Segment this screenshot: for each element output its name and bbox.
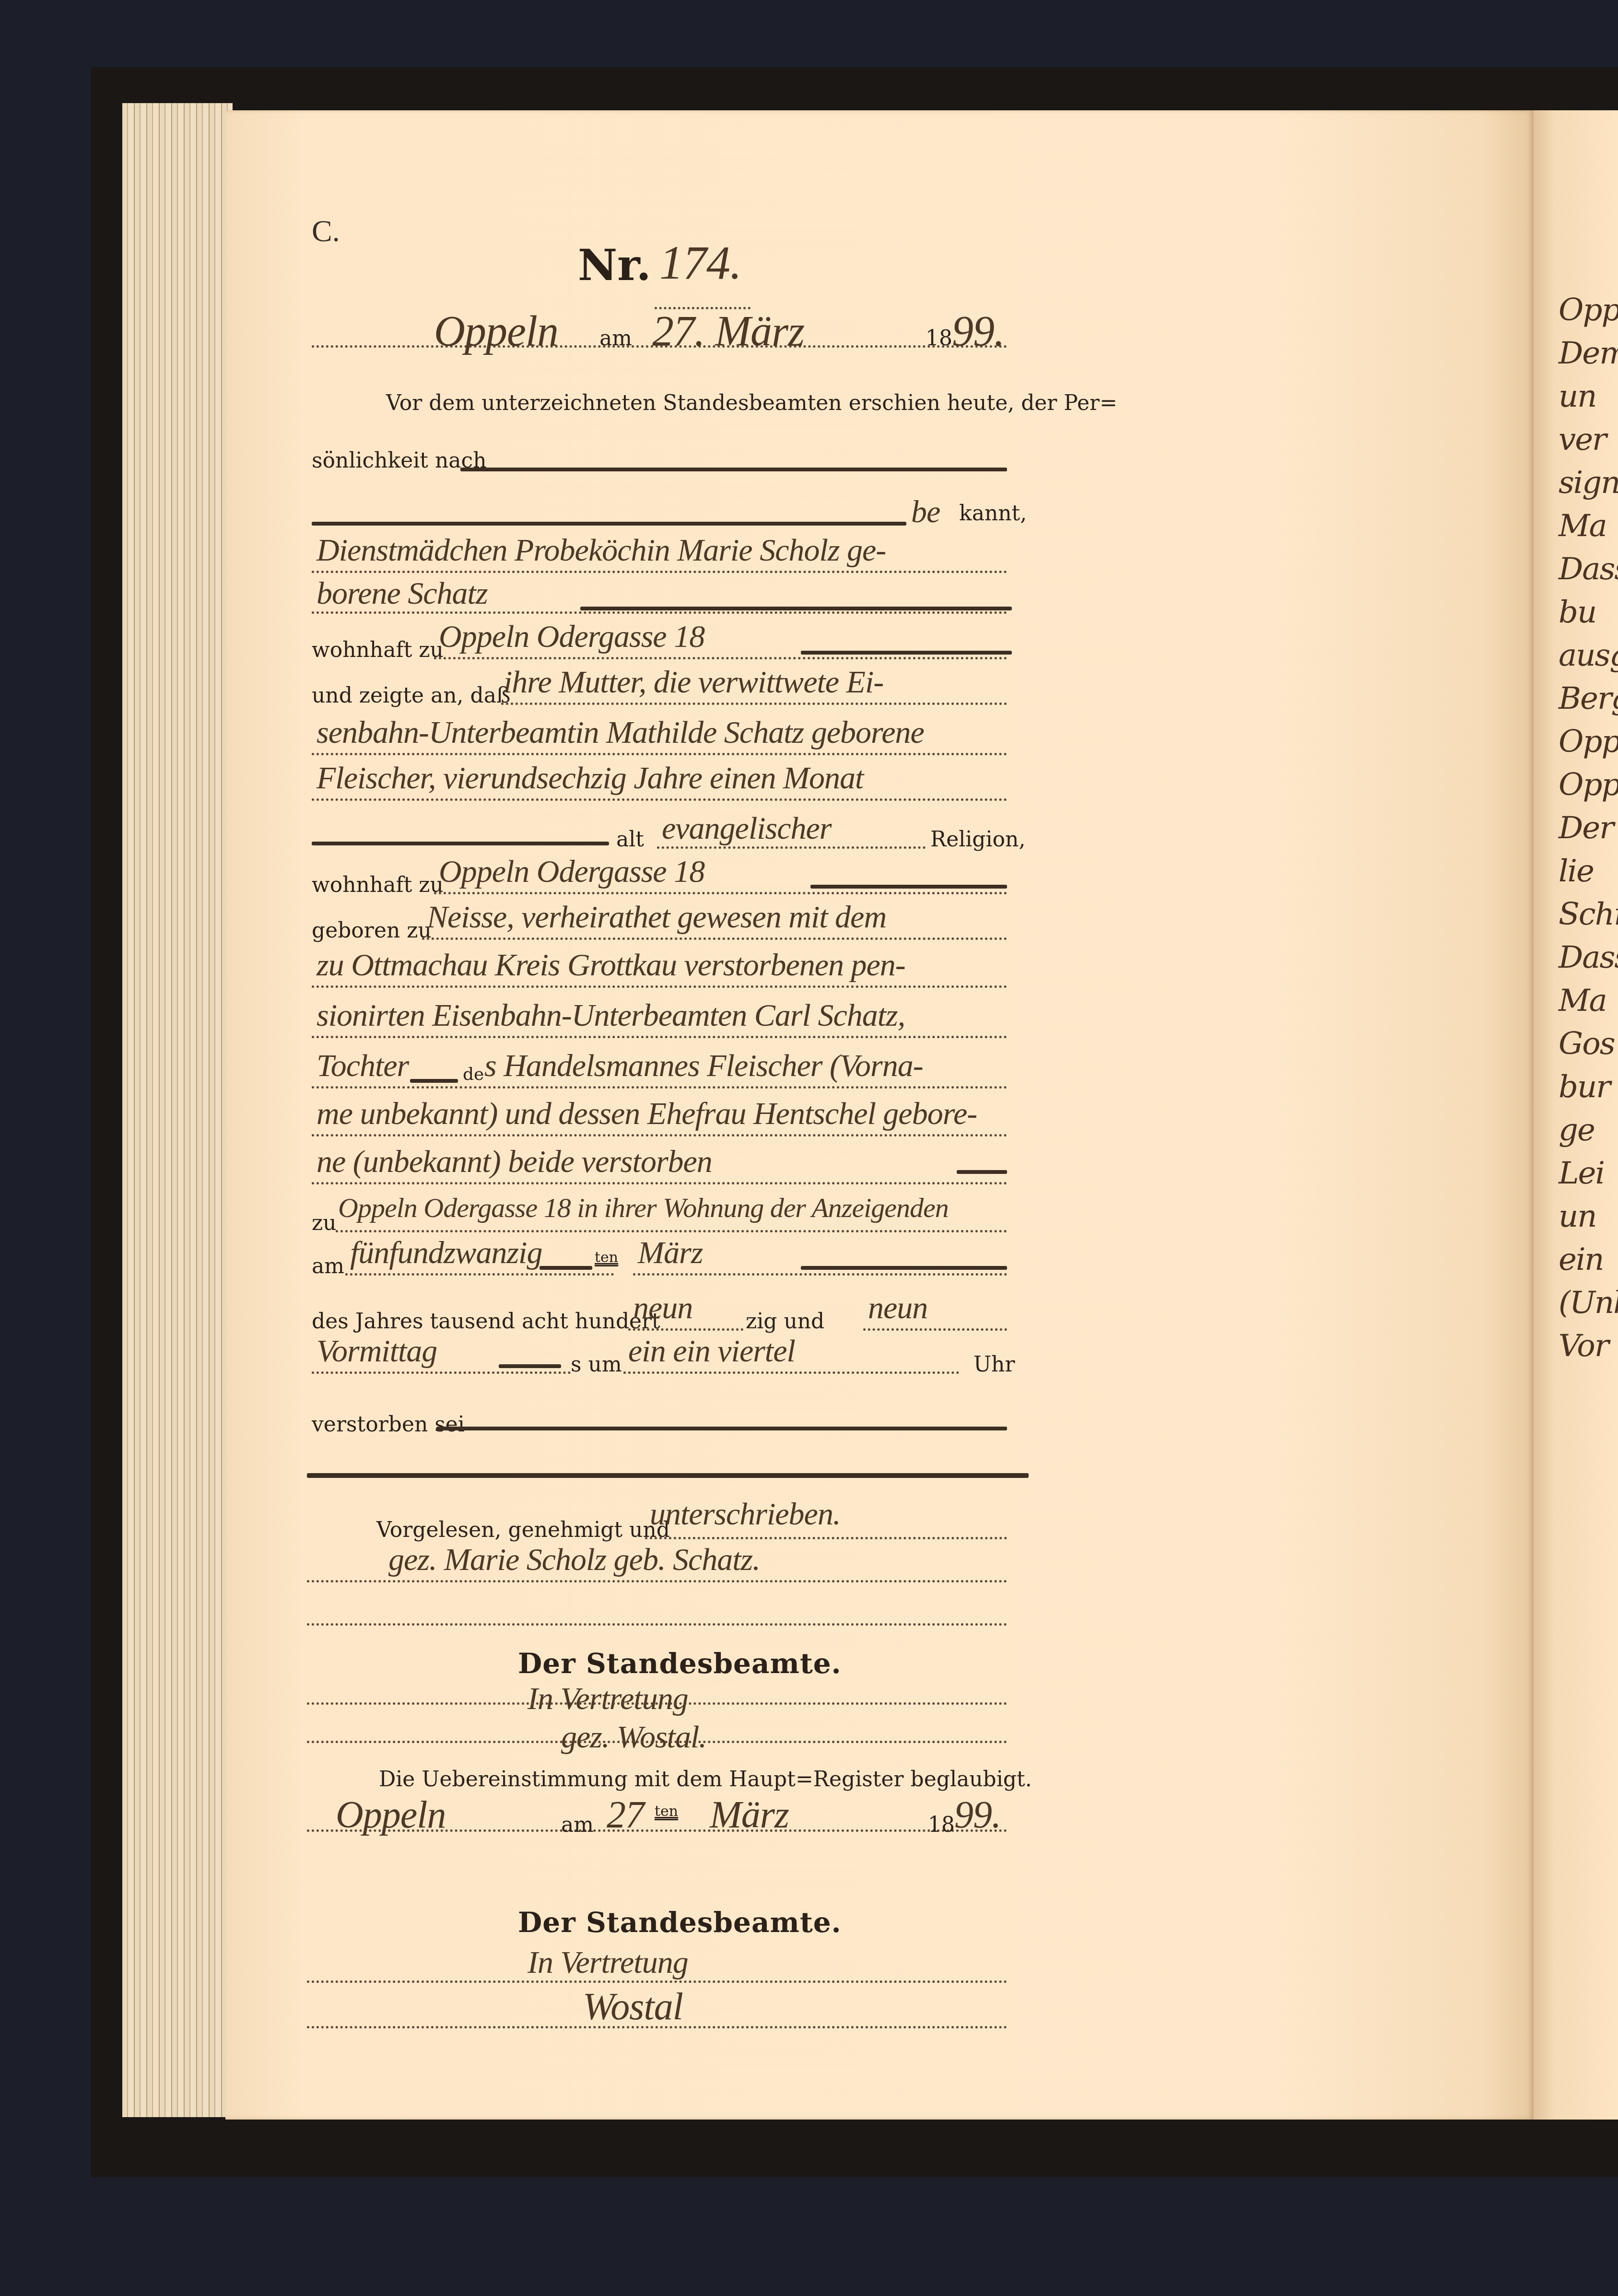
facing-line: Oppe bbox=[1559, 767, 1618, 803]
facing-line: lie bbox=[1559, 854, 1594, 889]
blank-rule bbox=[957, 1170, 1007, 1174]
facing-line: Schn bbox=[1559, 897, 1618, 932]
entry-line bbox=[307, 1623, 1007, 1626]
entry-line bbox=[312, 1036, 1007, 1038]
death-place-label: zu bbox=[312, 1211, 337, 1235]
intro-line-1: Vor dem unterzeichneten Standesbeamten e… bbox=[386, 391, 1117, 415]
cert-year-prefix: 18 bbox=[928, 1813, 955, 1837]
facing-line: un bbox=[1559, 379, 1596, 414]
death-day-label: am bbox=[312, 1254, 344, 1278]
facing-line: bur bbox=[1559, 1069, 1610, 1105]
entry-line bbox=[312, 1086, 1007, 1089]
year-units: neun bbox=[868, 1290, 927, 1326]
time-of-day: Vormittag bbox=[317, 1333, 437, 1370]
blank-rule bbox=[410, 1079, 458, 1083]
death-day-suffix: ten bbox=[595, 1249, 618, 1266]
informant-residence: Oppeln Odergasse 18 bbox=[439, 619, 704, 655]
facing-line: Gos bbox=[1559, 1026, 1615, 1062]
certification-text: Die Uebereinstimmung mit dem Haupt=Regis… bbox=[379, 1767, 1032, 1792]
registrar2-sig-line-1: In Vertretung bbox=[528, 1945, 688, 1981]
entry-line bbox=[307, 1741, 1007, 1743]
blank-rule bbox=[436, 1427, 1007, 1430]
entry-line bbox=[312, 753, 1007, 755]
entry-line bbox=[336, 1230, 1007, 1232]
birth-line-2: zu Ottmachau Kreis Grottkau verstorbenen… bbox=[317, 947, 905, 984]
blank-rule bbox=[580, 607, 1012, 610]
residence-label: wohnhaft zu bbox=[312, 638, 444, 662]
year-suffix: 99. bbox=[952, 307, 1005, 356]
place: Oppeln bbox=[434, 307, 558, 356]
deceased-line-2: senbahn-Unterbeamtin Mathilde Schatz geb… bbox=[317, 715, 924, 751]
entry-line bbox=[633, 1273, 1007, 1276]
entry-line bbox=[312, 985, 1007, 988]
entry-line bbox=[307, 1980, 1007, 1983]
facing-line: Oppe bbox=[1559, 724, 1618, 760]
entry-line bbox=[434, 657, 1007, 659]
entry-line bbox=[863, 1328, 1007, 1331]
facing-line: Berg bbox=[1559, 681, 1618, 716]
entry-line bbox=[345, 1273, 614, 1276]
facing-line: Dass bbox=[1559, 551, 1618, 587]
registrar-title: Der Standesbeamte. bbox=[518, 1647, 842, 1680]
religion: evangelischer bbox=[662, 810, 832, 847]
facing-line: Opp bbox=[1559, 293, 1618, 328]
informant-line-1: Dienstmädchen Probeköchin Marie Scholz g… bbox=[317, 532, 886, 569]
entry-line bbox=[434, 892, 1007, 894]
blank-rule bbox=[810, 885, 1007, 889]
facing-line: Der bbox=[1559, 810, 1613, 846]
deceased-residence: Oppeln Odergasse 18 bbox=[439, 854, 704, 890]
time: ein ein viertel bbox=[628, 1333, 795, 1370]
parents-line-2: me unbekannt) und dessen Ehefrau Hentsch… bbox=[317, 1096, 977, 1132]
parents-hand-b: s Handelsmannes Fleischer (Vorna- bbox=[484, 1048, 923, 1084]
entry-line bbox=[422, 937, 1007, 940]
age-label: alt bbox=[616, 827, 644, 852]
death-month: März bbox=[638, 1235, 703, 1271]
entry-line bbox=[307, 1580, 1007, 1582]
entry-number-label: Nr. bbox=[578, 240, 651, 291]
entry-line bbox=[312, 1182, 1007, 1184]
informant-signature: gez. Marie Scholz geb. Schatz. bbox=[388, 1542, 760, 1578]
facing-line: Ma bbox=[1559, 508, 1606, 544]
facing-line: Vor bbox=[1559, 1328, 1608, 1364]
cert-place: Oppeln bbox=[336, 1793, 446, 1837]
facing-line: Dem bbox=[1559, 336, 1618, 371]
year-tens: neun bbox=[633, 1290, 692, 1326]
announce-label: und zeigte an, daß bbox=[312, 683, 510, 708]
entry-line bbox=[628, 1328, 743, 1331]
registrar-title-2: Der Standesbeamte. bbox=[518, 1906, 842, 1939]
birth-line-1: Neisse, verheirathet gewesen mit dem bbox=[427, 899, 886, 936]
blank-rule bbox=[801, 1266, 1007, 1270]
section-letter: C. bbox=[312, 213, 340, 249]
known-hand: be bbox=[911, 494, 940, 530]
year-prefix: 18 bbox=[926, 326, 952, 351]
read-approved-label: Vorgelesen, genehmigt und bbox=[376, 1518, 670, 1542]
facing-line: Dasse bbox=[1559, 940, 1618, 975]
closing-rule bbox=[307, 1473, 1029, 1478]
facing-line: ein bbox=[1559, 1242, 1604, 1277]
parents-print: de bbox=[463, 1065, 484, 1084]
entry-line bbox=[645, 1537, 1007, 1539]
deceased-line-3: Fleischer, vierundsechzig Jahre einen Mo… bbox=[317, 760, 863, 797]
cert-day-suffix: ten bbox=[655, 1803, 678, 1820]
facing-line: (Unb bbox=[1559, 1285, 1618, 1321]
entry-line bbox=[307, 2026, 1007, 2028]
facing-line: ausg bbox=[1559, 638, 1618, 673]
facing-line: Lei bbox=[1559, 1156, 1604, 1191]
death-day: fünfundzwanzig bbox=[350, 1235, 542, 1271]
time-suffix: s um bbox=[571, 1352, 622, 1377]
entry-line bbox=[312, 571, 1007, 573]
deceased-residence-label: wohnhaft zu bbox=[312, 873, 444, 897]
blank-rule bbox=[539, 1266, 592, 1270]
facing-line: ver bbox=[1559, 422, 1606, 457]
deceased-label: verstorben sei bbox=[312, 1412, 465, 1437]
cert-year-suffix: 99. bbox=[954, 1793, 1001, 1837]
cert-date-label: am bbox=[561, 1813, 594, 1837]
entry-line bbox=[312, 1371, 571, 1374]
blank-rule bbox=[312, 842, 609, 845]
page-edges bbox=[122, 103, 233, 2117]
known-print: kannt, bbox=[959, 501, 1027, 526]
informant-line-2: borene Schatz bbox=[317, 575, 488, 612]
read-approved-hand: unterschrieben. bbox=[650, 1496, 840, 1533]
blank-rule bbox=[460, 468, 1007, 471]
registrar-sig-line-2: gez. Wostal. bbox=[561, 1719, 706, 1756]
blank-rule bbox=[801, 651, 1012, 655]
entry-number: 174. bbox=[659, 235, 741, 290]
entry-line bbox=[307, 1702, 1007, 1705]
entry-line bbox=[501, 703, 1007, 705]
facing-page: Opp Dem un ver sign Ma Dass bu ausg Berg… bbox=[1534, 110, 1618, 2120]
deceased-line-1: ihre Mutter, die verwittwete Ei- bbox=[504, 664, 883, 701]
date-label: am bbox=[599, 326, 632, 351]
cert-month: März bbox=[710, 1793, 789, 1837]
registrar2-sig-line-2: Wostal bbox=[583, 1985, 683, 2029]
entry-line bbox=[623, 1371, 959, 1374]
facing-line: un bbox=[1559, 1199, 1596, 1234]
parents-hand-a: Tochter bbox=[317, 1048, 409, 1084]
religion-label: Religion, bbox=[930, 827, 1025, 852]
entry-line bbox=[312, 1134, 1007, 1136]
registrar-sig-line-1: In Vertretung bbox=[528, 1681, 688, 1717]
time-label: Uhr bbox=[973, 1352, 1015, 1377]
born-label: geboren zu bbox=[312, 918, 432, 943]
birth-line-3: sionirten Eisenbahn-Unterbeamten Carl Sc… bbox=[317, 997, 905, 1034]
facing-line: Ma bbox=[1559, 983, 1606, 1019]
facing-line: ge bbox=[1559, 1113, 1595, 1148]
cert-day: 27 bbox=[607, 1793, 644, 1837]
death-place: Oppeln Odergasse 18 in ihrer Wohnung der… bbox=[338, 1192, 949, 1224]
blank-rule bbox=[312, 522, 906, 526]
facing-line: bu bbox=[1559, 595, 1596, 630]
facing-line: sign bbox=[1559, 465, 1618, 501]
entry-line bbox=[312, 798, 1007, 801]
date: 27. März bbox=[652, 307, 804, 356]
blank-rule bbox=[499, 1364, 561, 1368]
year-text-label: des Jahres tausend acht hundert bbox=[312, 1309, 660, 1334]
parents-line-3: ne (unbekannt) beide verstorben bbox=[317, 1144, 712, 1180]
year-tens-suffix: zig und bbox=[746, 1309, 824, 1334]
